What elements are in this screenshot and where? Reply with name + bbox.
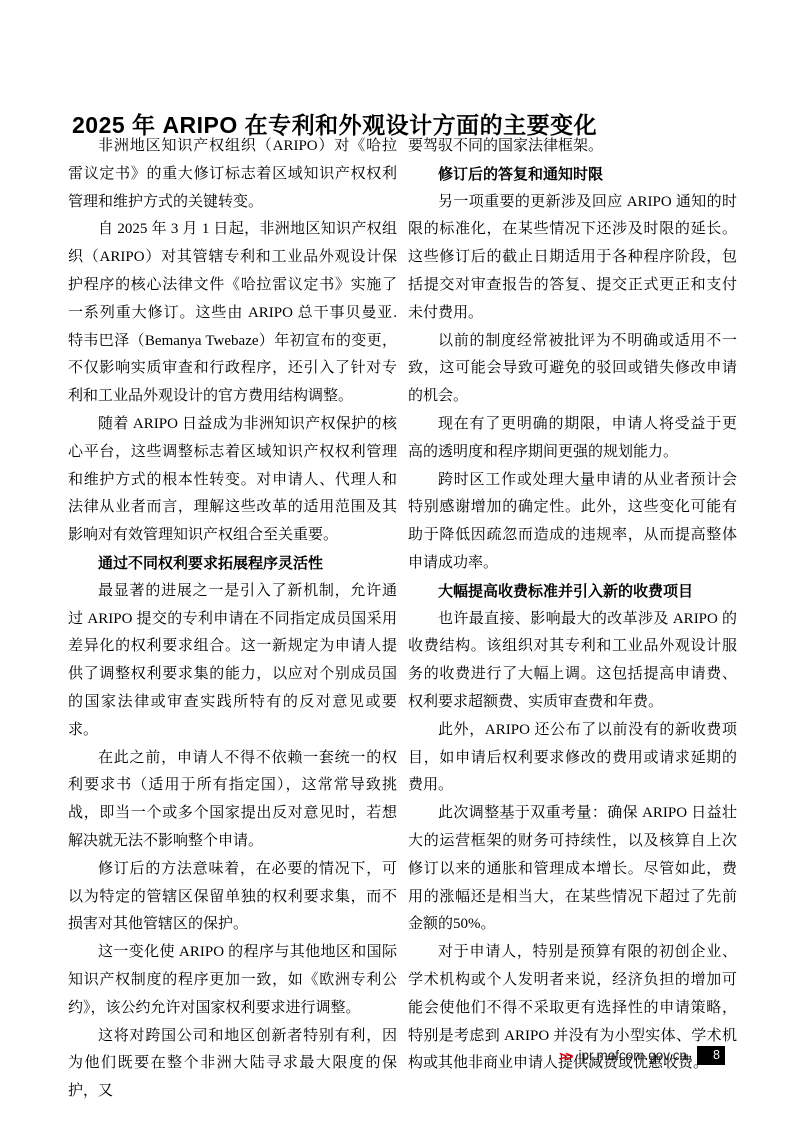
paragraph: 这一变化使 ARIPO 的程序与其他地区和国际知识产权制度的程序更加一致，如《欧…	[68, 939, 397, 1022]
paragraph: 现在有了更明确的期限，申请人将受益于更高的透明度和程序期间更强的规划能力。	[408, 411, 737, 467]
article-body: 非洲地区知识产权组织（ARIPO）对《哈拉雷议定书》的重大修订标志着区域知识产权…	[68, 133, 737, 1106]
page-number: 8	[697, 1046, 725, 1065]
paragraph: 此外，ARIPO 还公布了以前没有的新收费项目，如申请后权利要求修改的费用或请求…	[408, 717, 737, 800]
section-heading-fees: 大幅提高收费标准并引入新的收费项目	[408, 578, 737, 606]
paragraph: 这将对跨国公司和地区创新者特别有利，因为他们既要在整个非洲大陆寻求最大限度的保护…	[68, 1023, 397, 1106]
paragraph: 非洲地区知识产权组织（ARIPO）对《哈拉雷议定书》的重大修订标志着区域知识产权…	[68, 133, 397, 216]
double-chevron-icon: >>	[559, 1048, 571, 1064]
paragraph: 修订后的方法意味着，在必要的情况下，可以为特定的管辖区保留单独的权利要求集，而不…	[68, 856, 397, 939]
document-page: 2025 年 ARIPO 在专利和外观设计方面的主要变化 非洲地区知识产权组织（…	[0, 0, 794, 1123]
paragraph: 跨时区工作或处理大量申请的从业者预计会特别感谢增加的确定性。此外，这些变化可能有…	[408, 467, 737, 578]
paragraph: 另一项重要的更新涉及回应 ARIPO 通知的时限的标准化，在某些情况下还涉及时限…	[408, 189, 737, 328]
paragraph: 以前的制度经常被批评为不明确或适用不一致，这可能会导致可避免的驳回或错失修改申请…	[408, 328, 737, 411]
page-footer: >> ipr.mofcom.gov.cn 8	[559, 1046, 725, 1065]
left-column: 非洲地区知识产权组织（ARIPO）对《哈拉雷议定书》的重大修订标志着区域知识产权…	[68, 133, 397, 1106]
right-column: 要驾驭不同的国家法律框架。 修订后的答复和通知时限 另一项重要的更新涉及回应 A…	[408, 133, 737, 1106]
paragraph: 也许最直接、影响最大的改革涉及 ARIPO 的收费结构。该组织对其专利和工业品外…	[408, 606, 737, 717]
section-heading-claim-flexibility: 通过不同权利要求拓展程序灵活性	[68, 550, 397, 578]
footer-site-url: ipr.mofcom.gov.cn	[578, 1048, 687, 1063]
paragraph: 在此之前，申请人不得不依赖一套统一的权利要求书（适用于所有指定国），这常常导致挑…	[68, 745, 397, 856]
paragraph: 自 2025 年 3 月 1 日起，非洲地区知识产权组织（ARIPO）对其管辖专…	[68, 216, 397, 411]
paragraph: 最显著的进展之一是引入了新机制，允许通过 ARIPO 提交的专利申请在不同指定成…	[68, 578, 397, 745]
section-heading-deadlines: 修订后的答复和通知时限	[408, 161, 737, 189]
paragraph-continuation: 要驾驭不同的国家法律框架。	[408, 133, 737, 161]
paragraph: 随着 ARIPO 日益成为非洲知识产权保护的核心平台，这些调整标志着区域知识产权…	[68, 411, 397, 550]
paragraph: 此次调整基于双重考量：确保 ARIPO 日益壮大的运营框架的财务可持续性，以及核…	[408, 800, 737, 939]
